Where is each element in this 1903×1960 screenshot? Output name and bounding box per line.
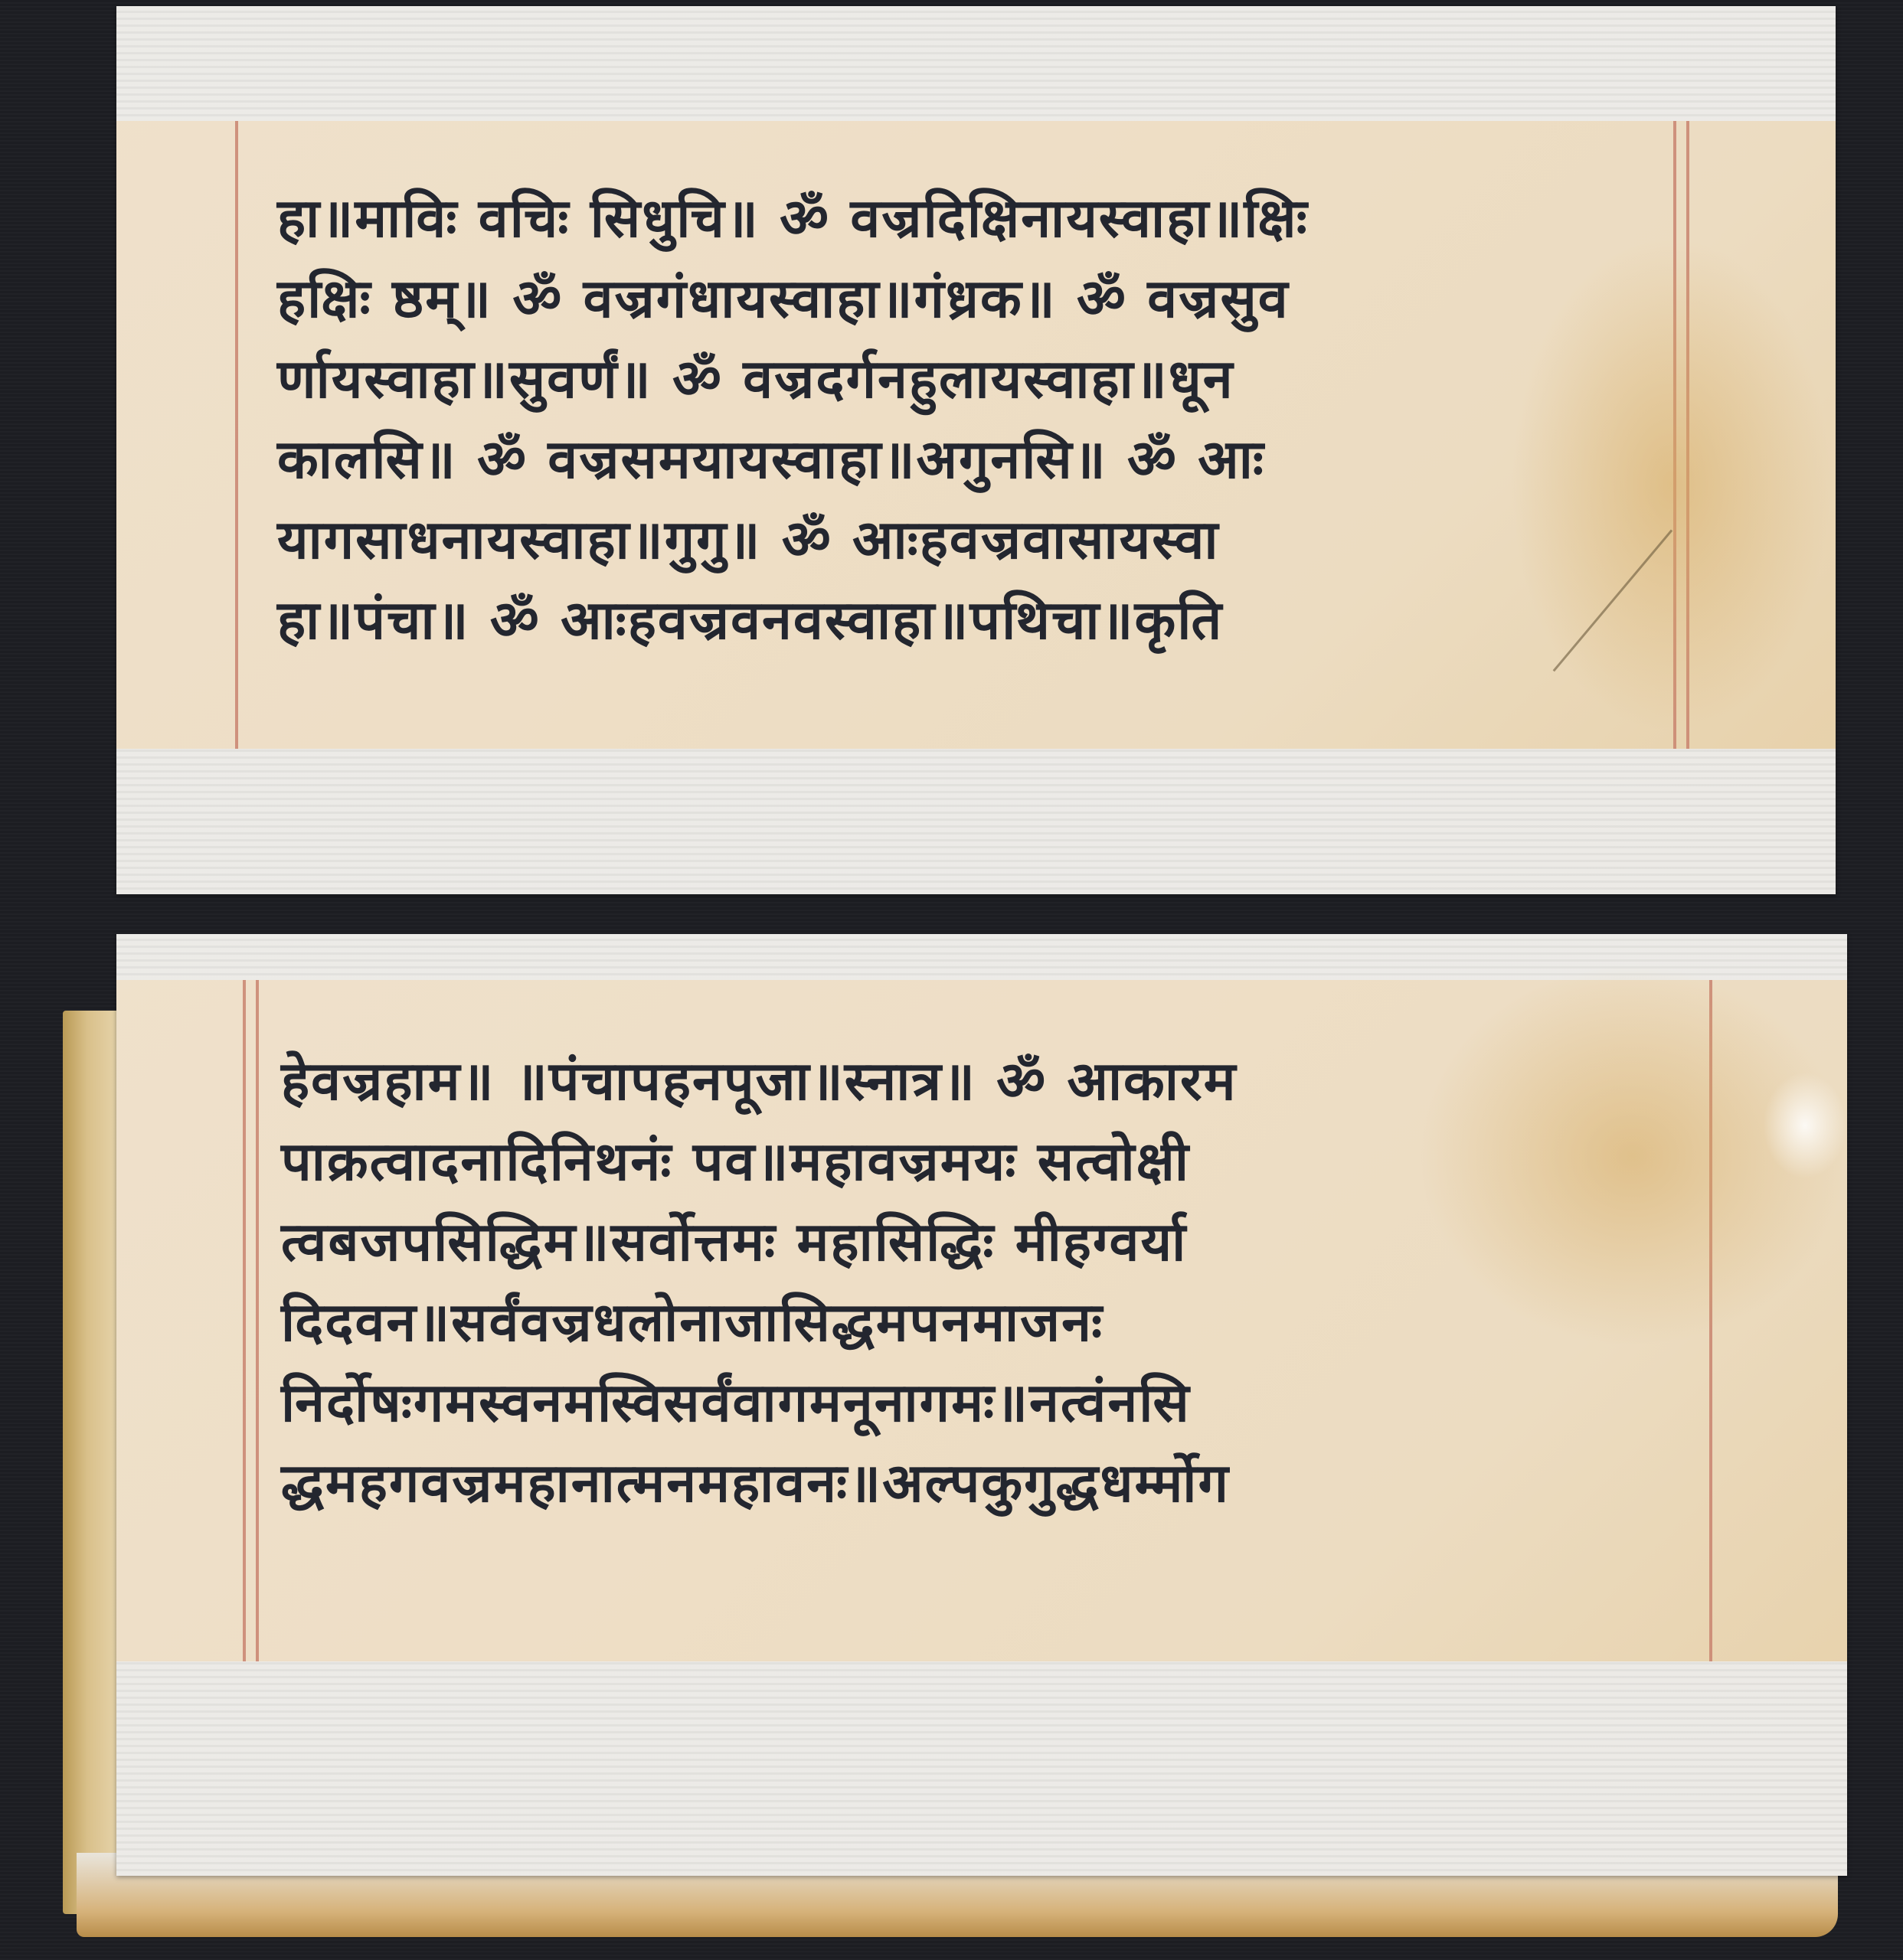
text-line: पाक्रत्वादनादिनिथनंः पव॥महावज्रमयः सत्वो… xyxy=(281,1122,1237,1202)
top-leaf-text: हा॥माविः वचिः सिधुचि॥ ॐ वज्रदिक्षिनायस्व… xyxy=(277,178,1309,661)
text-line: निर्दोषःगमस्वनमस्विसर्वंवागमनूनागमः॥नत्व… xyxy=(281,1363,1237,1443)
text-line: हा॥पंचा॥ ॐ आःहवज्रवनवस्वाहा॥पथिचा॥कृति xyxy=(277,580,1309,661)
margin-rule-left-inner xyxy=(256,980,259,1661)
margin-rule-left xyxy=(235,121,238,749)
page-stack-left-edge xyxy=(63,1011,124,1914)
margin-rule-left xyxy=(243,980,246,1661)
tissue-repair-strip xyxy=(116,749,1836,894)
text-line: द्धमहगवज्रमहानात्मनमहावनः॥अल्पकुगुद्धधर्… xyxy=(281,1443,1237,1524)
text-line: दिदवन॥सर्वंवज्रधलोनाजासिद्धमपनमाजनः xyxy=(281,1282,1237,1363)
bottom-leaf-text: हेवज्रहाम॥ ॥पंचापहनपूजा॥स्नात्र॥ ॐ आकारम… xyxy=(281,1041,1237,1524)
bottom-leaf: हेवज्रहाम॥ ॥पंचापहनपूजा॥स्नात्र॥ ॐ आकारम… xyxy=(116,934,1847,1876)
text-line: कालसि॥ ॐ वज्रसमयायस्वाहा॥अगुनसि॥ ॐ आः xyxy=(277,420,1309,500)
text-line: हक्षिः ष्ठम्॥ ॐ वज्रगंधायस्वाहा॥गंध्रक॥ … xyxy=(277,259,1309,339)
text-line: यागसाधनायस्वाहा॥गुगु॥ ॐ आःहवज्रवासायस्वा xyxy=(277,500,1309,580)
tissue-repair-strip xyxy=(116,1661,1847,1876)
top-leaf: हा॥माविः वचिः सिधुचि॥ ॐ वज्रदिक्षिनायस्व… xyxy=(116,6,1836,894)
text-line: त्वबजपसिद्धिम॥सर्वोत्तमः महासिद्धिः मीहग… xyxy=(281,1202,1237,1282)
tape-glare xyxy=(1763,1072,1847,1179)
manuscript-photo: हा॥माविः वचिः सिधुचि॥ ॐ वज्रदिक्षिनायस्व… xyxy=(0,0,1903,1960)
text-line: हा॥माविः वचिः सिधुचि॥ ॐ वज्रदिक्षिनायस्व… xyxy=(277,178,1309,259)
tissue-repair-strip xyxy=(116,6,1836,121)
text-line: र्णायस्वाहा॥सुवर्णं॥ ॐ वज्रदर्गनहुलायस्व… xyxy=(277,339,1309,420)
text-line: हेवज्रहाम॥ ॥पंचापहनपूजा॥स्नात्र॥ ॐ आकारम xyxy=(281,1041,1237,1122)
